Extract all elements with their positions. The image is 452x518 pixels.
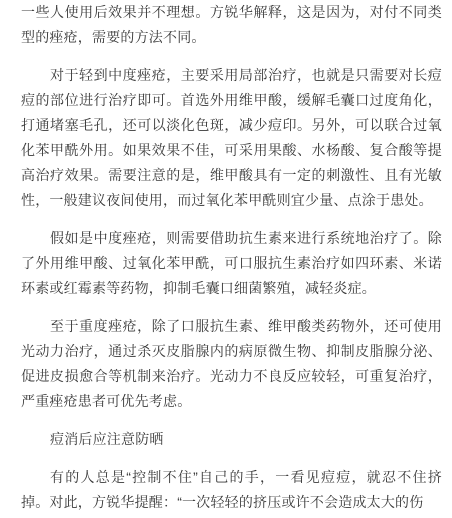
article-body: 一些人使用后效果并不理想。方锐华解释，这是因为，对付不同类型的痤疮，需要的方法不…: [21, 0, 442, 515]
text-line: 严重痤疮患者可优先考虑。: [21, 389, 442, 414]
article-page: 一些人使用后效果并不理想。方锐华解释，这是因为，对付不同类型的痤疮，需要的方法不…: [0, 0, 452, 515]
text-line: 一些人使用后效果并不理想。方锐华解释，这是因为，对付不同类: [21, 0, 442, 25]
paragraph: 对于轻到中度痤疮，主要采用局部治疗，也就是只需要对长痘痘的部位进行治疗即可。首选…: [21, 63, 442, 213]
text-line: 促进皮损愈合等机制来治疗。光动力不良反应较轻，可重复治疗，: [21, 364, 442, 389]
text-line: 了外用维甲酸、过氧化苯甲酰，可口服抗生素治疗如四环素、米诺: [21, 251, 442, 276]
section-heading-text: 痘消后应注意防晒: [21, 427, 442, 452]
text-line: 性，一般建议夜间使用，而过氧化苯甲酰则宜少量、点涂于患处。: [21, 188, 442, 213]
text-line: 至于重度痤疮，除了口服抗生素、维甲酸类药物外，还可使用: [21, 314, 442, 339]
paragraph: 至于重度痤疮，除了口服抗生素、维甲酸类药物外，还可使用光动力治疗，通过杀灭皮脂腺…: [21, 314, 442, 414]
text-line: 高治疗效果。需要注意的是，维甲酸具有一定的刺激性、且有光敏: [21, 163, 442, 188]
text-line: 光动力治疗，通过杀灭皮脂腺内的病原微生物、抑制皮脂腺分泌、: [21, 339, 442, 364]
paragraph: 假如是中度痤疮，则需要借助抗生素来进行系统地治疗了。除了外用维甲酸、过氧化苯甲酰…: [21, 226, 442, 301]
text-line: 对于轻到中度痤疮，主要采用局部治疗，也就是只需要对长痘: [21, 63, 442, 88]
text-line: 打通堵塞毛孔，还可以淡化色斑，减少痘印。另外，可以联合过氧: [21, 113, 442, 138]
text-line: 掉。对此，方锐华提醒：“一次轻轻的挤压或许不会造成太大的伤: [21, 490, 442, 515]
section-heading: 痘消后应注意防晒: [21, 427, 442, 452]
text-line: 型的痤疮，需要的方法不同。: [21, 25, 442, 50]
text-line: 假如是中度痤疮，则需要借助抗生素来进行系统地治疗了。除: [21, 226, 442, 251]
text-line: 痘的部位进行治疗即可。首选外用维甲酸，缓解毛囊口过度角化，: [21, 88, 442, 113]
text-line: 环素或红霉素等药物，抑制毛囊口细菌繁殖，减轻炎症。: [21, 276, 442, 301]
paragraph: 一些人使用后效果并不理想。方锐华解释，这是因为，对付不同类型的痤疮，需要的方法不…: [21, 0, 442, 50]
paragraph: 有的人总是“控制不住”自己的手，一看见痘痘，就忍不住挤掉。对此，方锐华提醒：“一…: [21, 465, 442, 515]
text-line: 化苯甲酰外用。如果效果不佳，可采用果酸、水杨酸、复合酸等提: [21, 138, 442, 163]
text-line: 有的人总是“控制不住”自己的手，一看见痘痘，就忍不住挤: [21, 465, 442, 490]
